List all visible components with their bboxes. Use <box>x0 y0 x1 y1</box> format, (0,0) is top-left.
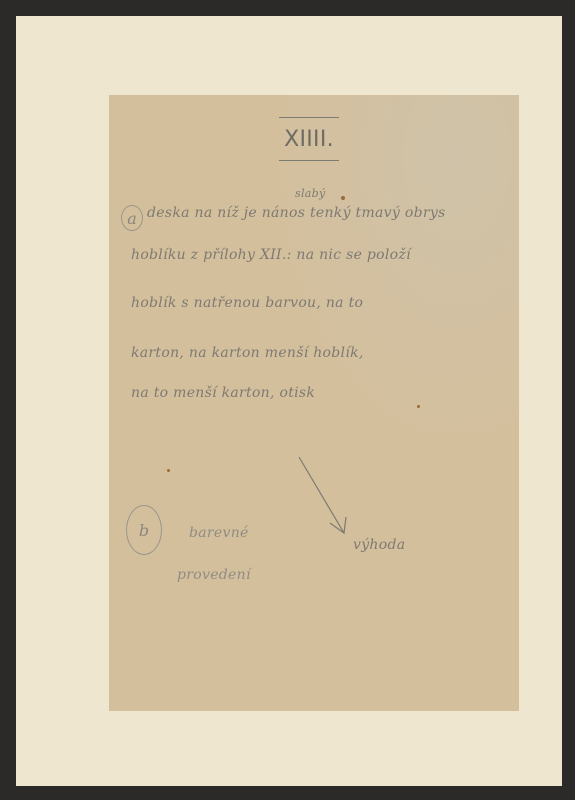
page-numeral: XIIII. <box>279 117 339 161</box>
section-a-marker: a <box>121 205 143 231</box>
section-a-line-2: hoblíku z přílohy XII.: na nic se položí <box>131 247 411 263</box>
section-b-marker: b <box>126 505 162 555</box>
paper-speck <box>167 469 170 472</box>
paper-speck <box>341 196 345 200</box>
manuscript-sheet: XIIII. a slabý deska na níž je nános ten… <box>109 95 519 711</box>
arrow-icon <box>294 455 364 545</box>
insertion-above: slabý <box>295 187 325 200</box>
section-b-line-1: barevné <box>189 525 249 541</box>
paper-speck <box>417 405 420 408</box>
section-a-line-1: deska na níž je nános tenký tmavý obrys <box>147 205 446 221</box>
section-a-line-3: hoblík s natřenou barvou, na to <box>131 295 363 311</box>
annotation-vyhoda: výhoda <box>353 537 405 553</box>
section-a-line-4: karton, na karton menší hoblík, <box>131 345 364 361</box>
section-a-line-5: na to menší karton, otisk <box>131 385 315 401</box>
section-b-line-2: provedení <box>177 567 251 583</box>
mount-board: XIIII. a slabý deska na níž je nános ten… <box>16 16 562 786</box>
